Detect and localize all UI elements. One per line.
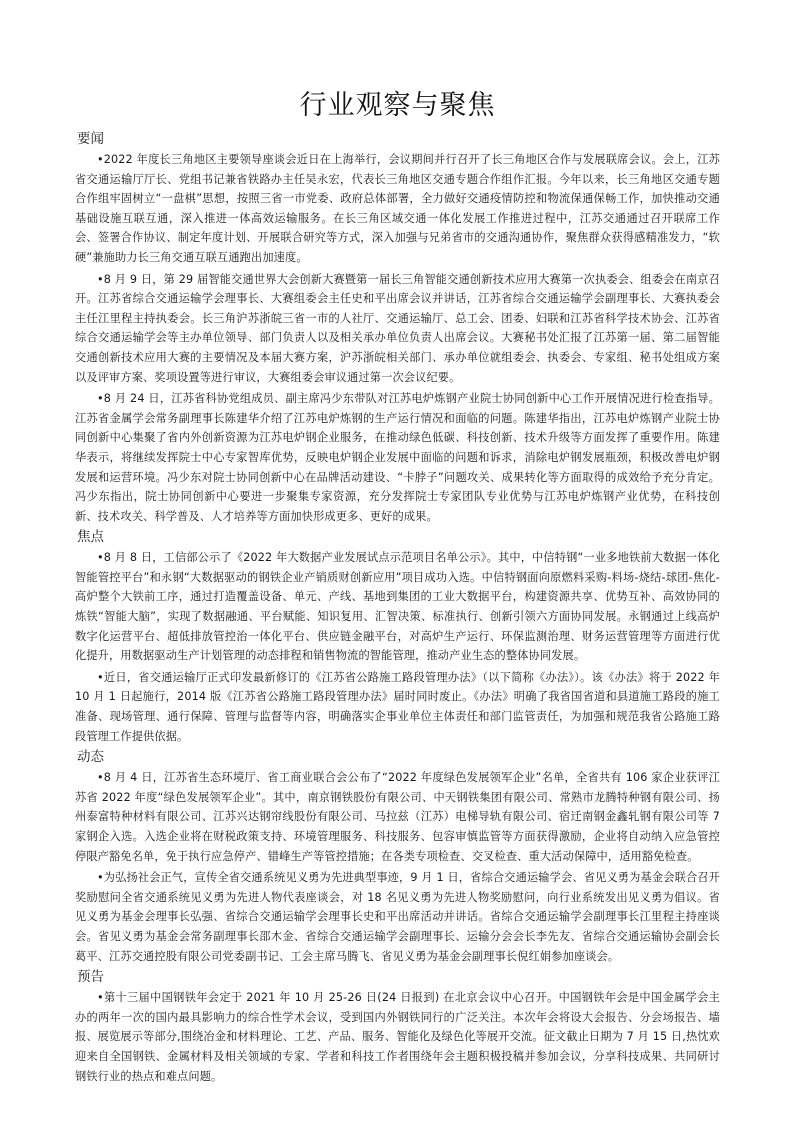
section-heading: 焦点	[77, 528, 720, 546]
document-page: 行业观察与聚焦 要闻 •2022 年度长三角地区主要领导座谈会近日在上海举行，会…	[75, 88, 720, 1088]
bullet-icon: •	[97, 991, 104, 1004]
bullet-icon: •	[97, 153, 104, 166]
news-item: •8 月 9 日，第 29 届智能交通世界大会创新大赛暨第一届长三角智能交通创新…	[75, 270, 720, 388]
section-heading: 要闻	[77, 130, 720, 148]
news-item: •8 月 24 日，江苏省科协党组成员、副主席冯少东带队对江苏电炉炼钢产业院士协…	[75, 389, 720, 526]
page-title: 行业观察与聚焦	[75, 88, 720, 124]
section-heading: 动态	[77, 748, 720, 766]
bullet-icon: •	[97, 771, 104, 784]
bullet-icon: •	[97, 871, 104, 884]
bullet-icon: •	[97, 551, 104, 564]
bullet-icon: •	[97, 392, 104, 405]
section-updates: 动态 •8 月 4 日，江苏省生态环境厅、省工商业联合会公布了“2022 年度绿…	[75, 748, 720, 966]
news-item: •为弘扬社会正气，宣传全省交通系统见义勇为先进典型事迹，9 月 1 日，省综合交…	[75, 868, 720, 966]
section-news: 要闻 •2022 年度长三角地区主要领导座谈会近日在上海举行，会议期间并行召开了…	[75, 130, 720, 526]
news-item: •8 月 8 日，工信部公示了《2022 年大数据产业发展试点示范项目名单公示》…	[75, 548, 720, 666]
section-heading: 预告	[77, 968, 720, 986]
bullet-icon: •	[97, 273, 104, 286]
bullet-icon: •	[97, 671, 104, 684]
section-focus: 焦点 •8 月 8 日，工信部公示了《2022 年大数据产业发展试点示范项目名单…	[75, 528, 720, 746]
news-item: •近日，省交通运输厅正式印发最新修订的《江苏省公路施工路段管理办法》（以下简称《…	[75, 668, 720, 746]
news-item: •2022 年度长三角地区主要领导座谈会近日在上海举行，会议期间并行召开了长三角…	[75, 150, 720, 268]
news-item: •第十三届中国钢铁年会定于 2021 年 10 月 25-26 日(24 日报到…	[75, 988, 720, 1086]
section-preview: 预告 •第十三届中国钢铁年会定于 2021 年 10 月 25-26 日(24 …	[75, 968, 720, 1086]
news-item: •8 月 4 日，江苏省生态环境厅、省工商业联合会公布了“2022 年度绿色发展…	[75, 768, 720, 866]
